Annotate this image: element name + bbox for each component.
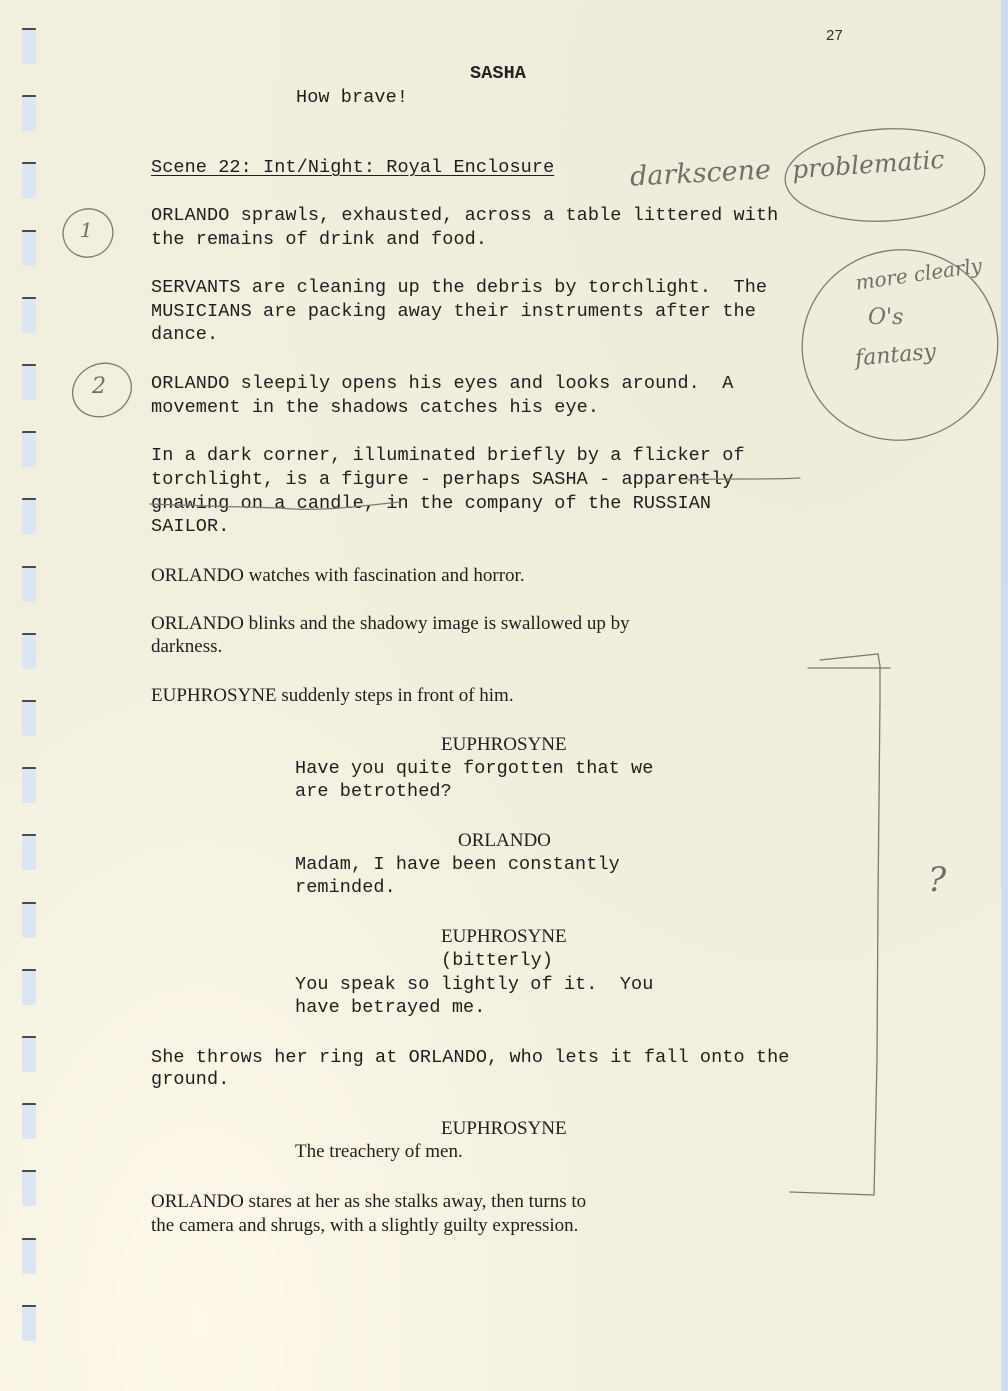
- binding-hole: [22, 1036, 36, 1072]
- action-text: in the company of the RUSSIAN: [375, 493, 711, 514]
- binding-hole: [22, 431, 36, 467]
- binding-hole: [22, 969, 36, 1005]
- binding-hole: [22, 1238, 36, 1274]
- binding-hole: [22, 364, 36, 400]
- binding-hole: [22, 633, 36, 669]
- binding-hole: [22, 834, 36, 870]
- binding-hole: [22, 1103, 36, 1139]
- binding-hole: [22, 700, 36, 736]
- binding-hole: [22, 1170, 36, 1206]
- character-name-euphrosyne: EUPHROSYNE: [441, 733, 567, 757]
- parenthetical: (bitterly): [441, 949, 553, 973]
- dialogue-line: The treachery of men.: [295, 1140, 463, 1164]
- character-name-sasha: SASHA: [470, 62, 526, 86]
- action-line: movement in the shadows catches his eye.: [151, 396, 599, 420]
- action-line: ORLANDO watches with fascination and hor…: [151, 564, 525, 588]
- handwritten-note-line: O's: [868, 305, 903, 330]
- character-name-euphrosyne: EUPHROSYNE: [441, 925, 567, 949]
- action-line: darkness.: [151, 635, 222, 659]
- dialogue-line: Madam, I have been constantly: [295, 853, 620, 877]
- action-line: dance.: [151, 323, 218, 347]
- binding-hole: [22, 902, 36, 938]
- binding-hole: [22, 95, 36, 131]
- action-line: ground.: [151, 1068, 229, 1092]
- binding-hole: [22, 297, 36, 333]
- action-line: torchlight, is a figure - perhaps SASHA …: [151, 468, 734, 492]
- action-text: torchlight, is a figure - perhaps SASHA …: [151, 469, 621, 490]
- dialogue-line: reminded.: [295, 876, 396, 900]
- dialogue-line: You speak so lightly of it. You: [295, 973, 653, 997]
- struck-text: gnawing on a candle,: [151, 493, 375, 514]
- action-line: ORLANDO blinks and the shadowy image is …: [151, 612, 630, 636]
- struck-text: apparently: [621, 469, 733, 490]
- dialogue-line: have betrayed me.: [295, 996, 485, 1020]
- action-line: ORLANDO stares at her as she stalks away…: [151, 1190, 586, 1214]
- scene-heading: Scene 22: Int/Night: Royal Enclosure: [151, 156, 554, 180]
- shot-number-1: 1: [80, 218, 93, 242]
- binding-hole: [22, 162, 36, 198]
- page-number: 27: [826, 24, 843, 48]
- action-line: In a dark corner, illuminated briefly by…: [151, 444, 745, 468]
- action-line: the camera and shrugs, with a slightly g…: [151, 1214, 578, 1238]
- character-name-orlando: ORLANDO: [458, 829, 551, 853]
- action-line: the remains of drink and food.: [151, 228, 487, 252]
- action-line: She throws her ring at ORLANDO, who lets…: [151, 1046, 790, 1070]
- binding-hole: [22, 498, 36, 534]
- dialogue-line: are betrothed?: [295, 780, 452, 804]
- action-line: SERVANTS are cleaning up the debris by t…: [151, 276, 767, 300]
- character-name-euphrosyne: EUPHROSYNE: [441, 1117, 567, 1141]
- action-line: ORLANDO sprawls, exhausted, across a tab…: [151, 204, 778, 228]
- action-line: gnawing on a candle, in the company of t…: [151, 492, 711, 516]
- binding-hole: [22, 566, 36, 602]
- dialogue-line: Have you quite forgotten that we: [295, 757, 653, 781]
- action-line: ORLANDO sleepily opens his eyes and look…: [151, 372, 734, 396]
- binding-hole: [22, 230, 36, 266]
- action-line: EUPHROSYNE suddenly steps in front of hi…: [151, 684, 514, 708]
- action-line: MUSICIANS are packing away their instrum…: [151, 300, 756, 324]
- binding-hole: [22, 1305, 36, 1341]
- binding-hole: [22, 28, 36, 64]
- action-line: SAILOR.: [151, 515, 229, 539]
- dialogue-line: How brave!: [296, 86, 408, 110]
- shot-number-2: 2: [92, 374, 106, 399]
- handwritten-question-mark: ?: [928, 860, 946, 900]
- binding-hole: [22, 767, 36, 803]
